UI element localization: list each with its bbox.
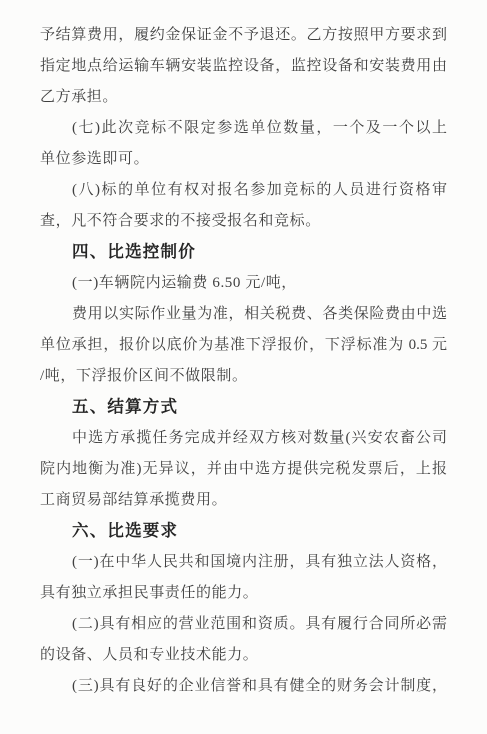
document-line: 中选方承揽任务完成并经双方核对数量(兴安农畜公司: [40, 423, 447, 454]
section-heading: 六、比选要求: [40, 516, 447, 547]
document-line: 乙方承担。: [40, 82, 447, 113]
section-heading: 四、比选控制价: [40, 237, 447, 268]
document-line: 的设备、人员和专业技术能力。: [40, 640, 447, 671]
document-line: 具有独立承担民事责任的能力。: [40, 578, 447, 609]
document-line: 指定地点给运输车辆安装监控设备，监控设备和安装费用由: [40, 51, 447, 82]
document-line: (七)此次竞标不限定参选单位数量，一个及一个以上: [40, 113, 447, 144]
document-line: (一)车辆院内运输费 6.50 元/吨，: [40, 268, 447, 299]
document-line: 单位参选即可。: [40, 144, 447, 175]
document-line: 查，凡不符合要求的不接受报名和竞标。: [40, 206, 447, 237]
document-line: 费用以实际作业量为准，相关税费、各类保险费由中选: [40, 299, 447, 330]
document-page: 予结算费用，履约金保证金不予退还。乙方按照甲方要求到指定地点给运输车辆安装监控设…: [0, 0, 487, 734]
document-line: (一)在中华人民共和国境内注册，具有独立法人资格，: [40, 547, 447, 578]
section-heading: 五、结算方式: [40, 392, 447, 423]
document-line: 院内地衡为准)无异议，并由中选方提供完税发票后，上报: [40, 454, 447, 485]
document-text-block: 予结算费用，履约金保证金不予退还。乙方按照甲方要求到指定地点给运输车辆安装监控设…: [40, 20, 447, 702]
document-line: (三)具有良好的企业信誉和具有健全的财务会计制度，: [40, 671, 447, 702]
document-line: /吨，下浮报价区间不做限制。: [40, 361, 447, 392]
document-line: 工商贸易部结算承揽费用。: [40, 485, 447, 516]
document-line: (八)标的单位有权对报名参加竞标的人员进行资格审: [40, 175, 447, 206]
document-line: 予结算费用，履约金保证金不予退还。乙方按照甲方要求到: [40, 20, 447, 51]
document-line: (二)具有相应的营业范围和资质。具有履行合同所必需: [40, 609, 447, 640]
document-line: 单位承担，报价以底价为基准下浮报价，下浮标准为 0.5 元: [40, 330, 447, 361]
